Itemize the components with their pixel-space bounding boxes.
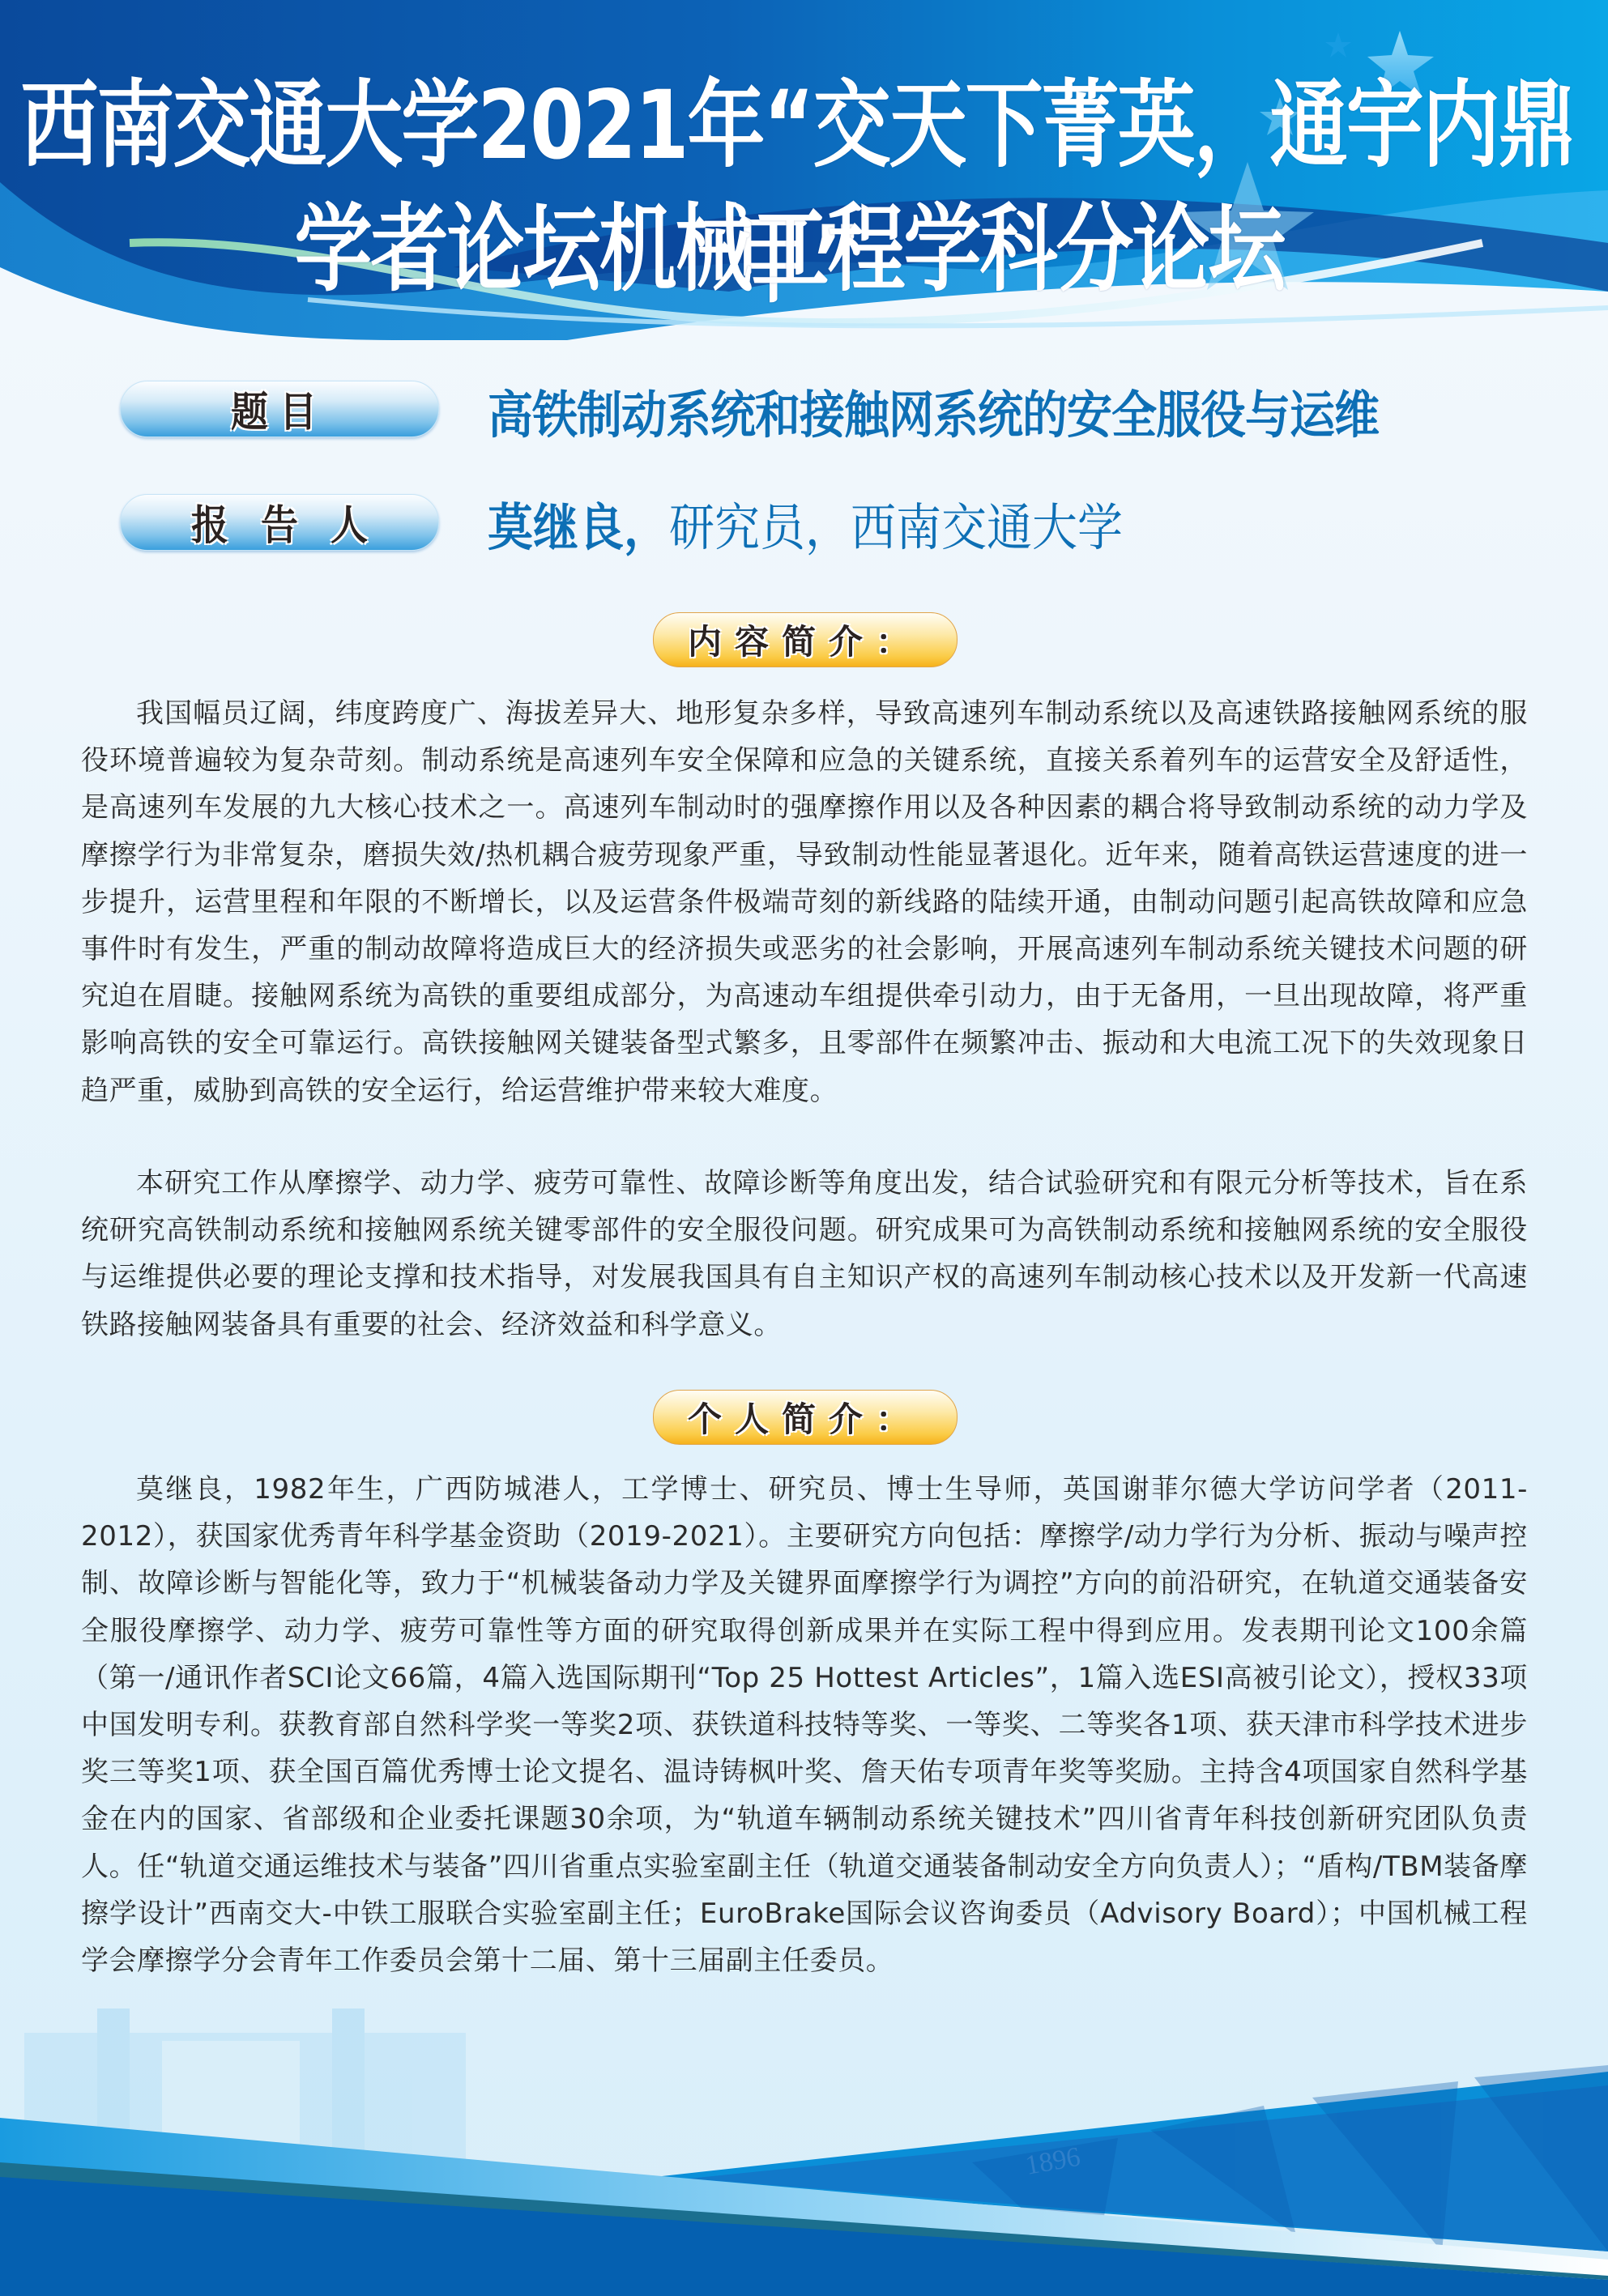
speaker-details: 研究员，西南交通大学 <box>669 499 1123 558</box>
footer-decoration: 1896 <box>0 2008 1608 2296</box>
bio-paragraph: 莫继良，1982年生，广西防城港人，工学博士、研究员、博士生导师，英国谢菲尔德大… <box>81 1466 1528 1984</box>
intro-paragraph-1: 我国幅员辽阔，纬度跨度广、海拔差异大、地形复杂多样，导致高速列车制动系统以及高速… <box>81 690 1528 1114</box>
speaker-name: 莫继良， <box>488 499 669 558</box>
speaker-label: 报告人 <box>191 493 400 552</box>
speaker-label-badge: 报告人 <box>120 494 439 551</box>
topic-label: 题目 <box>231 380 328 439</box>
bio-heading-badge: 个人简介： <box>653 1390 958 1445</box>
topic-title: 高铁制动系统和接触网系统的安全服役与运维 <box>488 375 1379 448</box>
intro-heading-badge: 内容简介： <box>653 612 958 667</box>
header-banner: 西南交通大学2021年“交天下菁英，通宇内鼎甲” 学者论坛机械工程学科分论坛 <box>0 0 1608 340</box>
intro-heading: 内容简介： <box>688 616 923 664</box>
topic-label-badge: 题目 <box>120 381 439 437</box>
page-title-line2: 学者论坛机械工程学科分论坛 <box>0 174 1593 309</box>
intro-paragraph-2: 本研究工作从摩擦学、动力学、疲劳可靠性、故障诊断等角度出发，结合试验研究和有限元… <box>81 1160 1528 1348</box>
speaker-info: 莫继良，研究员，西南交通大学 <box>488 488 1123 560</box>
bio-heading: 个人简介： <box>688 1393 923 1442</box>
footer-background: 1896 <box>0 2008 1608 2296</box>
